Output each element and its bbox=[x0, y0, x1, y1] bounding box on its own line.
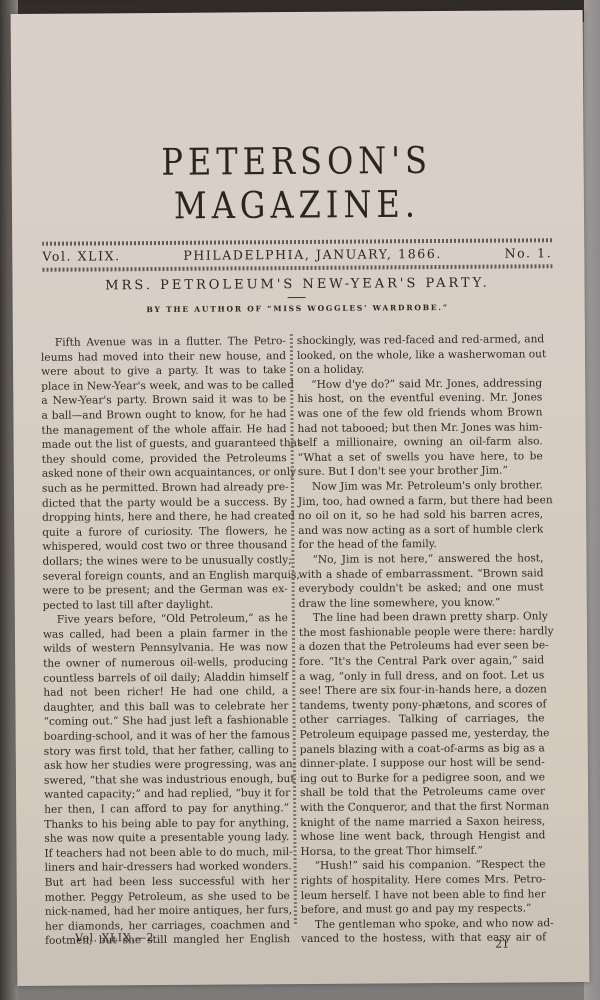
text-line: asked none of their own acquaintances, o… bbox=[42, 465, 287, 481]
text-line: nick-named, had her moire antiques, her … bbox=[45, 903, 290, 919]
text-line: ask how her studies were progressing, wa… bbox=[44, 757, 289, 773]
text-line: Fifth Avenue was in a flutter. The Petro… bbox=[41, 334, 286, 350]
text-line: the owner of numerous oil-wells, produci… bbox=[43, 655, 288, 671]
dateline: Vol. XLIX. PHILADELPHIA, JANUARY, 1866. … bbox=[42, 245, 552, 264]
masthead-title: PETERSON'S MAGAZINE. bbox=[67, 138, 528, 229]
text-line: had not been richer! He had one child, a bbox=[43, 684, 288, 700]
text-line: fore. “It's the Central Park over again,… bbox=[299, 653, 544, 669]
text-line: her then, I can afford to pay for anythi… bbox=[44, 801, 289, 817]
text-line: a New-Year's party. Brown said it was to… bbox=[41, 392, 286, 408]
text-line: such as he permitted. Brown had already … bbox=[42, 480, 287, 496]
text-line: whose line went back, through Hengist an… bbox=[300, 828, 545, 844]
issue-number: No. 1. bbox=[505, 245, 553, 260]
text-line: his host, on the eventful evening. Mr. J… bbox=[297, 391, 542, 407]
text-line: But art had been less successful with he… bbox=[45, 874, 290, 890]
text-line: dinner-plate. I suppose our host will be… bbox=[300, 756, 545, 772]
volume-label: Vol. XLIX. bbox=[42, 248, 120, 264]
wavy-rule-top bbox=[42, 238, 552, 246]
text-line: was one of the few old friends whom Brow… bbox=[297, 405, 542, 421]
text-line: liners and hair-dressers had worked wond… bbox=[45, 859, 290, 875]
text-line: Petroleum equipage passed me, yesterday,… bbox=[300, 726, 545, 742]
page-number: 21 bbox=[495, 938, 509, 951]
signature-mark: Vol. XLIX.—2 bbox=[75, 931, 154, 945]
text-column-left: Fifth Avenue was in a flutter. The Petro… bbox=[41, 334, 290, 949]
text-line: before, and must go and pay my respects.… bbox=[301, 901, 546, 917]
magazine-page: PETERSON'S MAGAZINE. Vol. XLIX. PHILADEL… bbox=[11, 10, 590, 986]
text-line: vanced to the hostess, with that easy ai… bbox=[301, 931, 546, 947]
text-line: Now Jim was Mr. Petroleum's only brother… bbox=[298, 478, 543, 494]
text-line: she was now quite a presentable young la… bbox=[44, 830, 289, 846]
text-line: boarding-school, and it was of her the f… bbox=[44, 728, 289, 744]
text-line: everybody couldn't be asked; and one mus… bbox=[299, 580, 544, 596]
article-title: MRS. PETROLEUM'S NEW-YEAR'S PARTY. bbox=[42, 275, 552, 294]
text-line: sure. But I don't see your brother Jim.” bbox=[298, 464, 543, 480]
text-line: no oil on it, so he had sold his barren … bbox=[298, 507, 543, 523]
text-line: dropping hints, here and there, he had c… bbox=[42, 509, 287, 525]
text-line: rights of hospitality. Here comes Mrs. P… bbox=[301, 872, 546, 888]
text-line: see! There are six four-in-hands here, a… bbox=[299, 683, 544, 699]
text-line: leums had moved into their new house, an… bbox=[41, 349, 286, 365]
text-line: “No, Jim is not here,” answered the host… bbox=[298, 551, 543, 567]
text-line: self a millionaire, owning an oil-farm a… bbox=[298, 434, 543, 450]
text-line: a ball—and Brown ought to know, for he h… bbox=[41, 407, 286, 423]
text-line: with the Conqueror, and that the first N… bbox=[300, 799, 545, 815]
text-line: “Hush!” said his companion. “Respect the bbox=[301, 858, 546, 874]
title-rule bbox=[288, 297, 306, 298]
text-line: dollars; the wines were to be unusually … bbox=[42, 553, 287, 569]
text-line: whispered, would cost two or three thous… bbox=[42, 538, 287, 554]
text-line: made out the list of guests, and guarant… bbox=[42, 436, 287, 452]
text-line: and was now acting as a sort of humble c… bbox=[298, 522, 543, 538]
text-line: were to be present; and the German was e… bbox=[43, 582, 288, 598]
text-line: were about to give a party. It was to ta… bbox=[41, 363, 286, 379]
text-line: The line had been drawn pretty sharp. On… bbox=[299, 610, 544, 626]
text-line: panels blazing with a coat-of-arms as bi… bbox=[300, 741, 545, 757]
column-divider bbox=[290, 334, 297, 926]
text-column-right: shockingly, was red-faced and red-armed,… bbox=[297, 332, 546, 947]
article-byline: BY THE AUTHOR OF “MISS WOGGLES' WARDROBE… bbox=[43, 302, 553, 315]
text-line: shockingly, was red-faced and red-armed,… bbox=[297, 332, 542, 348]
text-line: looked, on the whole, like a washerwoman… bbox=[297, 347, 542, 363]
text-line: Five years before, “Old Petroleum,” as h… bbox=[43, 611, 288, 627]
place-date: PHILADELPHIA, JANUARY, 1866. bbox=[183, 246, 442, 263]
wavy-rule-bottom bbox=[42, 264, 552, 272]
